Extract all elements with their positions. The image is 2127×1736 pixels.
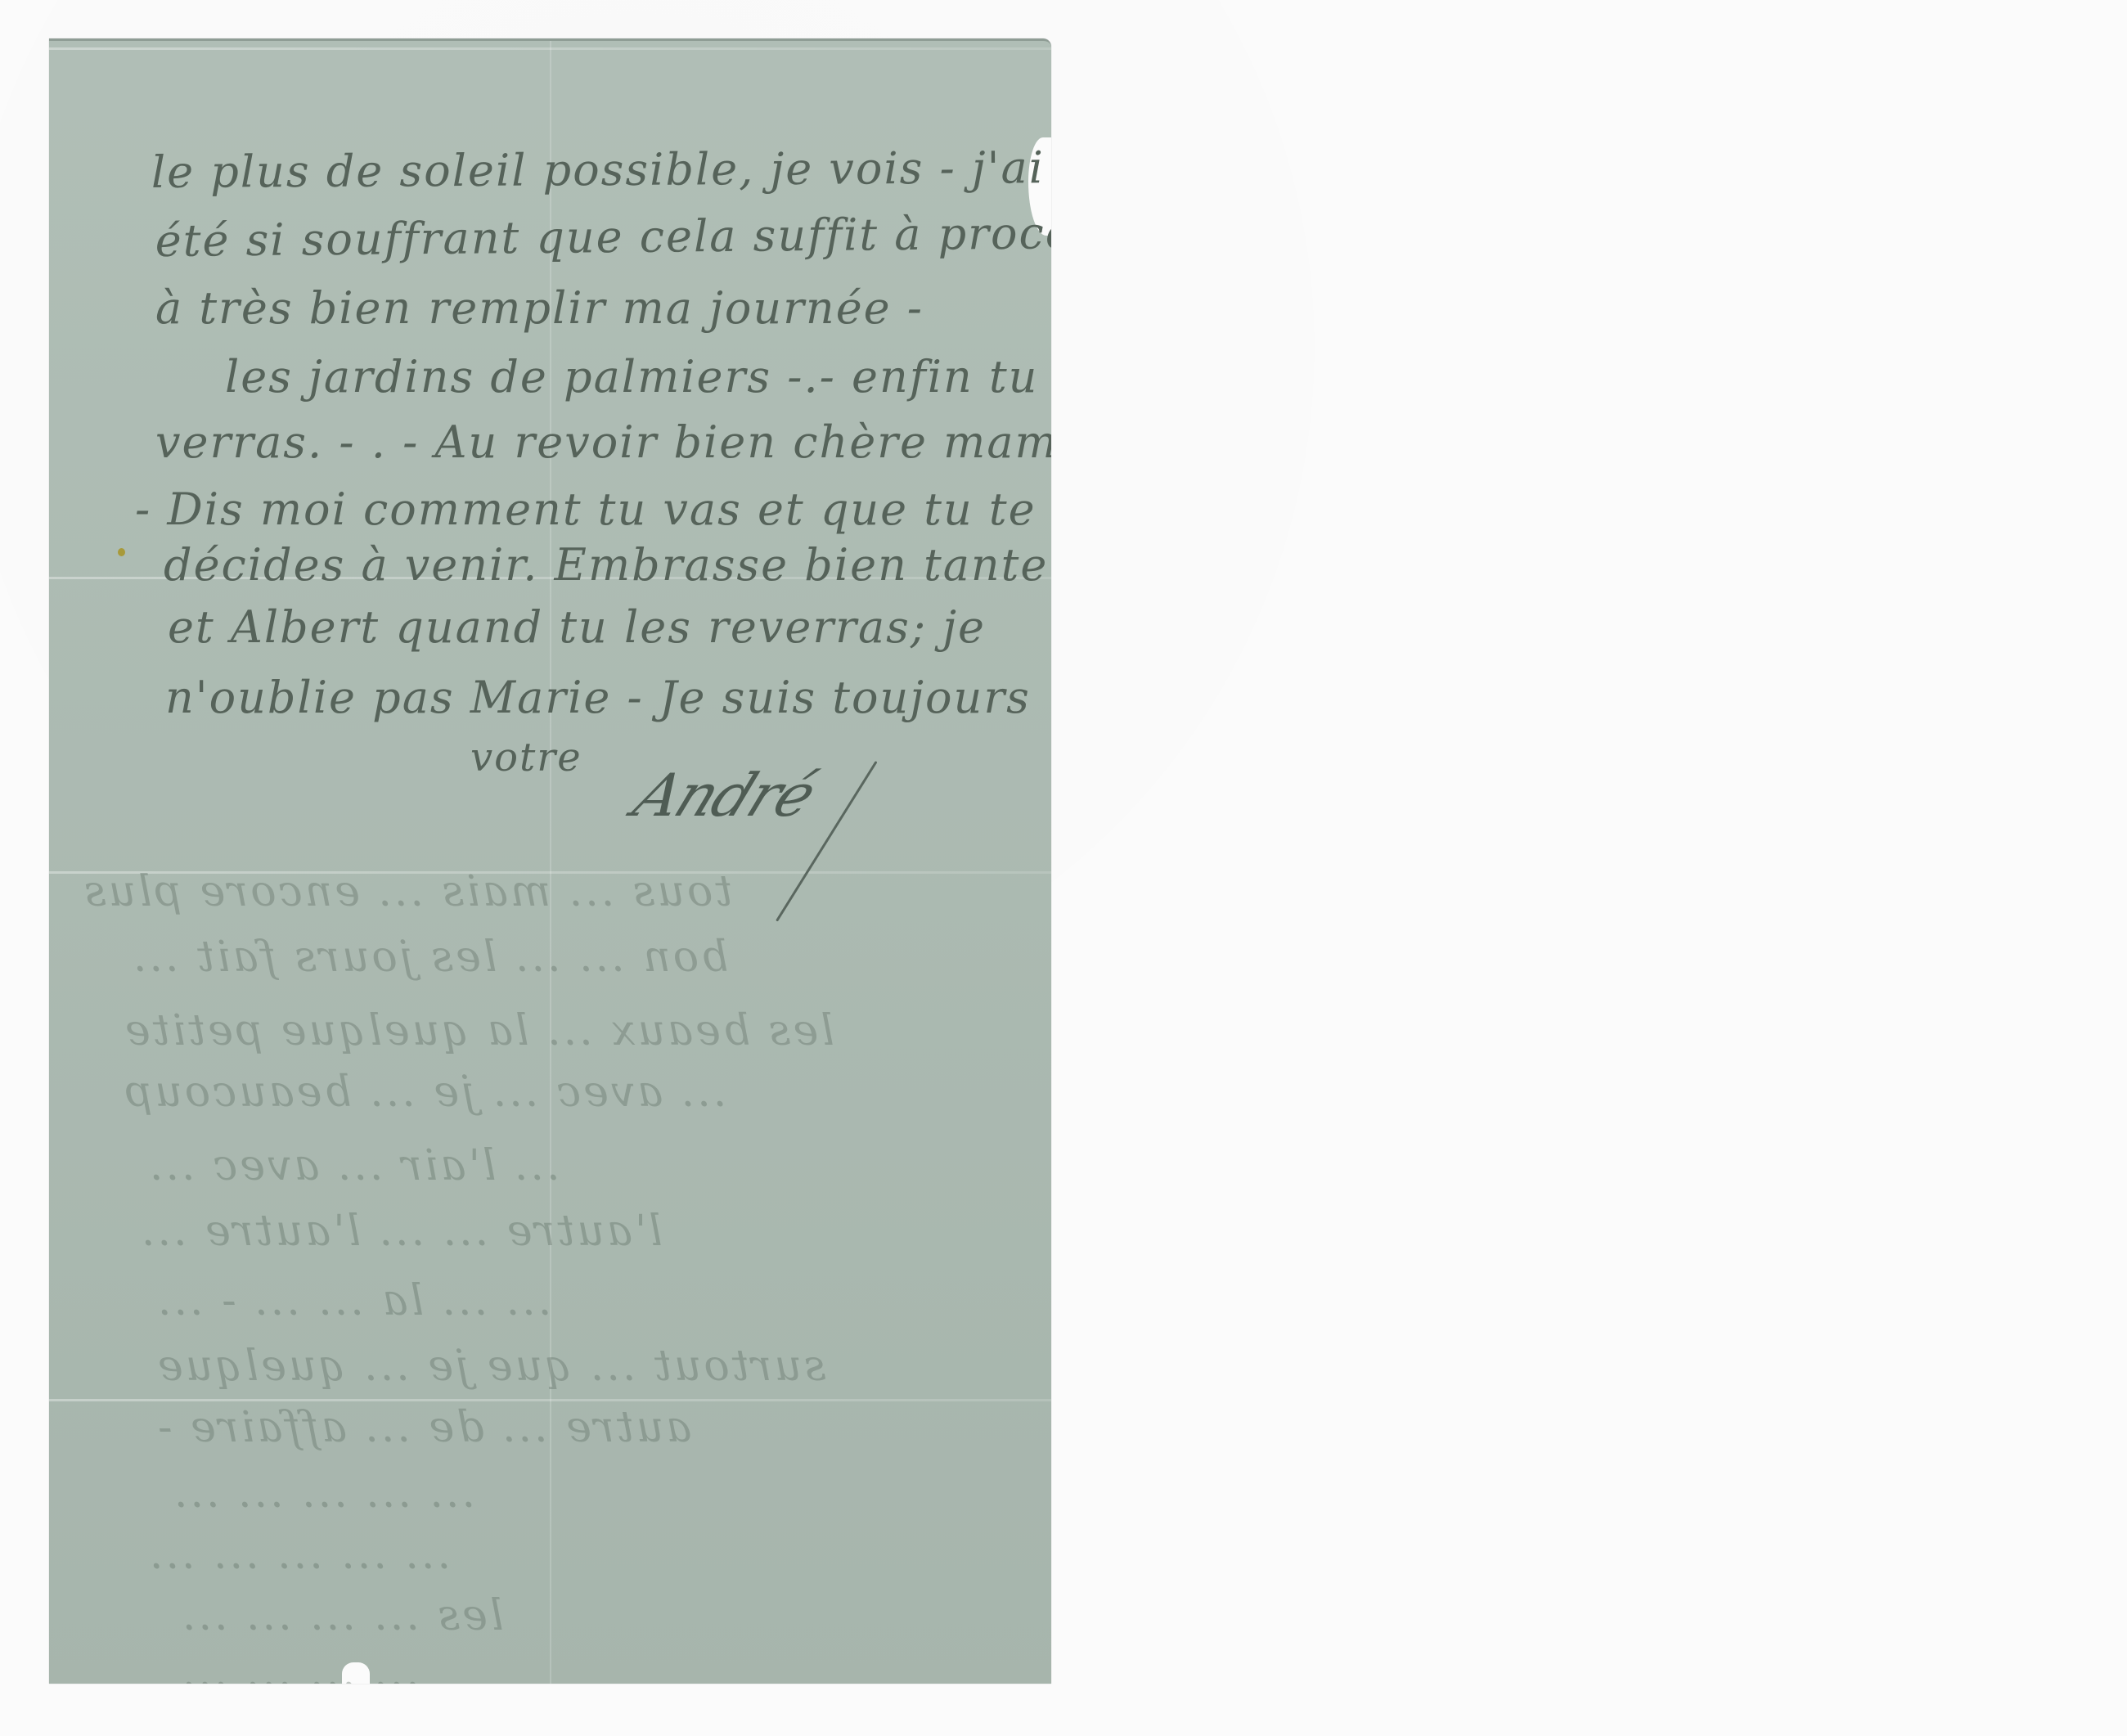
bleed-through-line: surtout ... que je ... quelque bbox=[155, 1342, 826, 1391]
letter-line-2: été si souffrant que cela suffit à procé… bbox=[155, 210, 1051, 263]
bleed-through-line: ... l'air ... avec ... bbox=[147, 1141, 560, 1190]
bleed-through-line: bon ... ... les jours fait ... bbox=[131, 933, 728, 982]
bleed-through-line: ... avec ... je ... beaucoup bbox=[123, 1068, 726, 1117]
letter-sheet: tous ... mais ... encore plus bon ... ..… bbox=[49, 38, 1051, 1684]
closing-votre: votre bbox=[470, 738, 582, 777]
bleed-through-line: ... ... la ... ... - ... bbox=[155, 1276, 551, 1325]
bleed-through-line: ... ... ... ... ... bbox=[147, 1530, 451, 1579]
letter-line-1: le plus de soleil possible, je vois - j'… bbox=[151, 146, 1045, 195]
letter-line-9: n'oublie pas Marie - Je suis toujours bbox=[165, 676, 1031, 720]
letter-line-6: - Dis moi comment tu vas et que tu te bbox=[135, 488, 1037, 532]
letter-line-3: à très bien remplir ma journée - bbox=[155, 286, 924, 331]
bleed-through-line: ... ... ... ... ... bbox=[172, 1468, 475, 1518]
letter-line-5: verras. - . - Au revoir bien chère maman bbox=[155, 421, 1051, 465]
bleed-through-line: les ... ... ... ... bbox=[180, 1591, 504, 1640]
bleed-through-line: ... ... ... ... bbox=[82, 1681, 275, 1684]
bleed-through-line: tous ... mais ... encore plus bbox=[82, 867, 732, 916]
stain-dot bbox=[118, 548, 125, 556]
bleed-through-line: autre ... de ... affaire - bbox=[155, 1403, 691, 1452]
bleed-through-line: ... ... ... ... bbox=[180, 1648, 420, 1684]
letter-line-7: décides à venir. Embrasse bien tante bbox=[164, 543, 1048, 587]
letter-line-4: les jardins de palmiers -.- enfin tu les bbox=[225, 355, 1051, 399]
bleed-through-line: l'autre ... ... l'autre ... bbox=[139, 1207, 663, 1256]
bleed-through-line: les beaux ... la quelque petite bbox=[123, 1006, 834, 1055]
letter-line-8: et Albert quand tu les reverras; je bbox=[168, 605, 986, 650]
signature: André bbox=[624, 761, 825, 830]
